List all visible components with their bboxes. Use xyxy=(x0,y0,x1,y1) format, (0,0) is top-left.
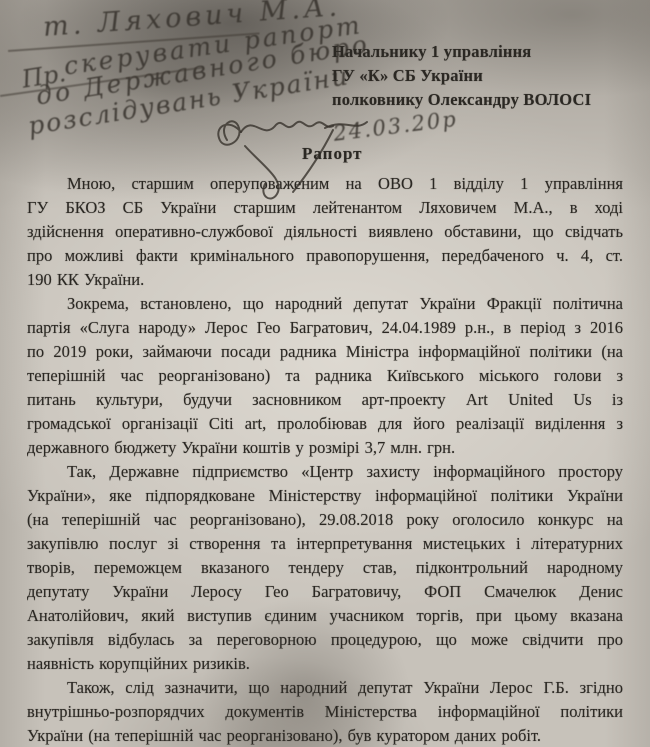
scanned-report-photo: т. Ляхович М.А. Пр. скерувати рапорт до … xyxy=(0,0,650,747)
body-line: Зокрема, встановлено, що народний депута… xyxy=(27,292,623,316)
body-line: питань культури, будучи засновником арт-… xyxy=(27,388,623,412)
report-body: Мною, старшим оперуповаженим на ОВО 1 ві… xyxy=(27,172,623,747)
body-line: (на теперішній час реорганізовано), 29.0… xyxy=(27,508,623,532)
addressee-line: полковнику Олександру ВОЛОСІ xyxy=(332,88,632,112)
body-line: депутату України Леросу Гео Багратовичу,… xyxy=(27,580,623,604)
body-line: творів, переможцем вказаного тендеру ста… xyxy=(27,556,623,580)
body-line: про можливі факти кримінального правопор… xyxy=(27,244,623,268)
body-line: України (на теперішній час реорганізован… xyxy=(27,724,623,747)
body-line: Мною, старшим оперуповаженим на ОВО 1 ві… xyxy=(27,172,623,196)
body-line: закупівля відбулась за переговорною проц… xyxy=(27,628,623,652)
body-line: внутрішньо-розпорядчих документів Мініст… xyxy=(27,700,623,724)
body-line: громадської організації Citi art, пролоб… xyxy=(27,412,623,436)
addressee-line: ГУ «К» СБ України xyxy=(332,64,632,88)
body-line: ГУ БКОЗ СБ України старшим лейтенантом Л… xyxy=(27,196,623,220)
body-line: закупівлю послуг зі створення та інтерпр… xyxy=(27,532,623,556)
body-line: партія «Слуга народу» Лерос Гео Багратов… xyxy=(27,316,623,340)
body-line: наявність корупційних ризиків. xyxy=(27,652,623,676)
document-title: Рапорт xyxy=(302,144,363,164)
addressee-block: Начальнику 1 управління ГУ «К» СБ Україн… xyxy=(332,40,632,112)
body-line: теперішній час реорганізовано) та радник… xyxy=(27,364,623,388)
body-line: України», яке підпорядковане Міністерств… xyxy=(27,484,623,508)
body-line: по 2019 роки, займаючи посади радника Мі… xyxy=(27,340,623,364)
body-line: Так, Державне підприємство «Центр захист… xyxy=(27,460,623,484)
body-line: здійснення оперативно-службової діяльнос… xyxy=(27,220,623,244)
body-line: державного бюджету України коштів у розм… xyxy=(27,436,623,460)
body-line: Анатолійович, який виступив єдиним учасн… xyxy=(27,604,623,628)
body-line: Також, слід зазначити, що народний депут… xyxy=(27,676,623,700)
addressee-line: Начальнику 1 управління xyxy=(332,40,632,64)
body-line: 190 КК України. xyxy=(27,268,623,292)
